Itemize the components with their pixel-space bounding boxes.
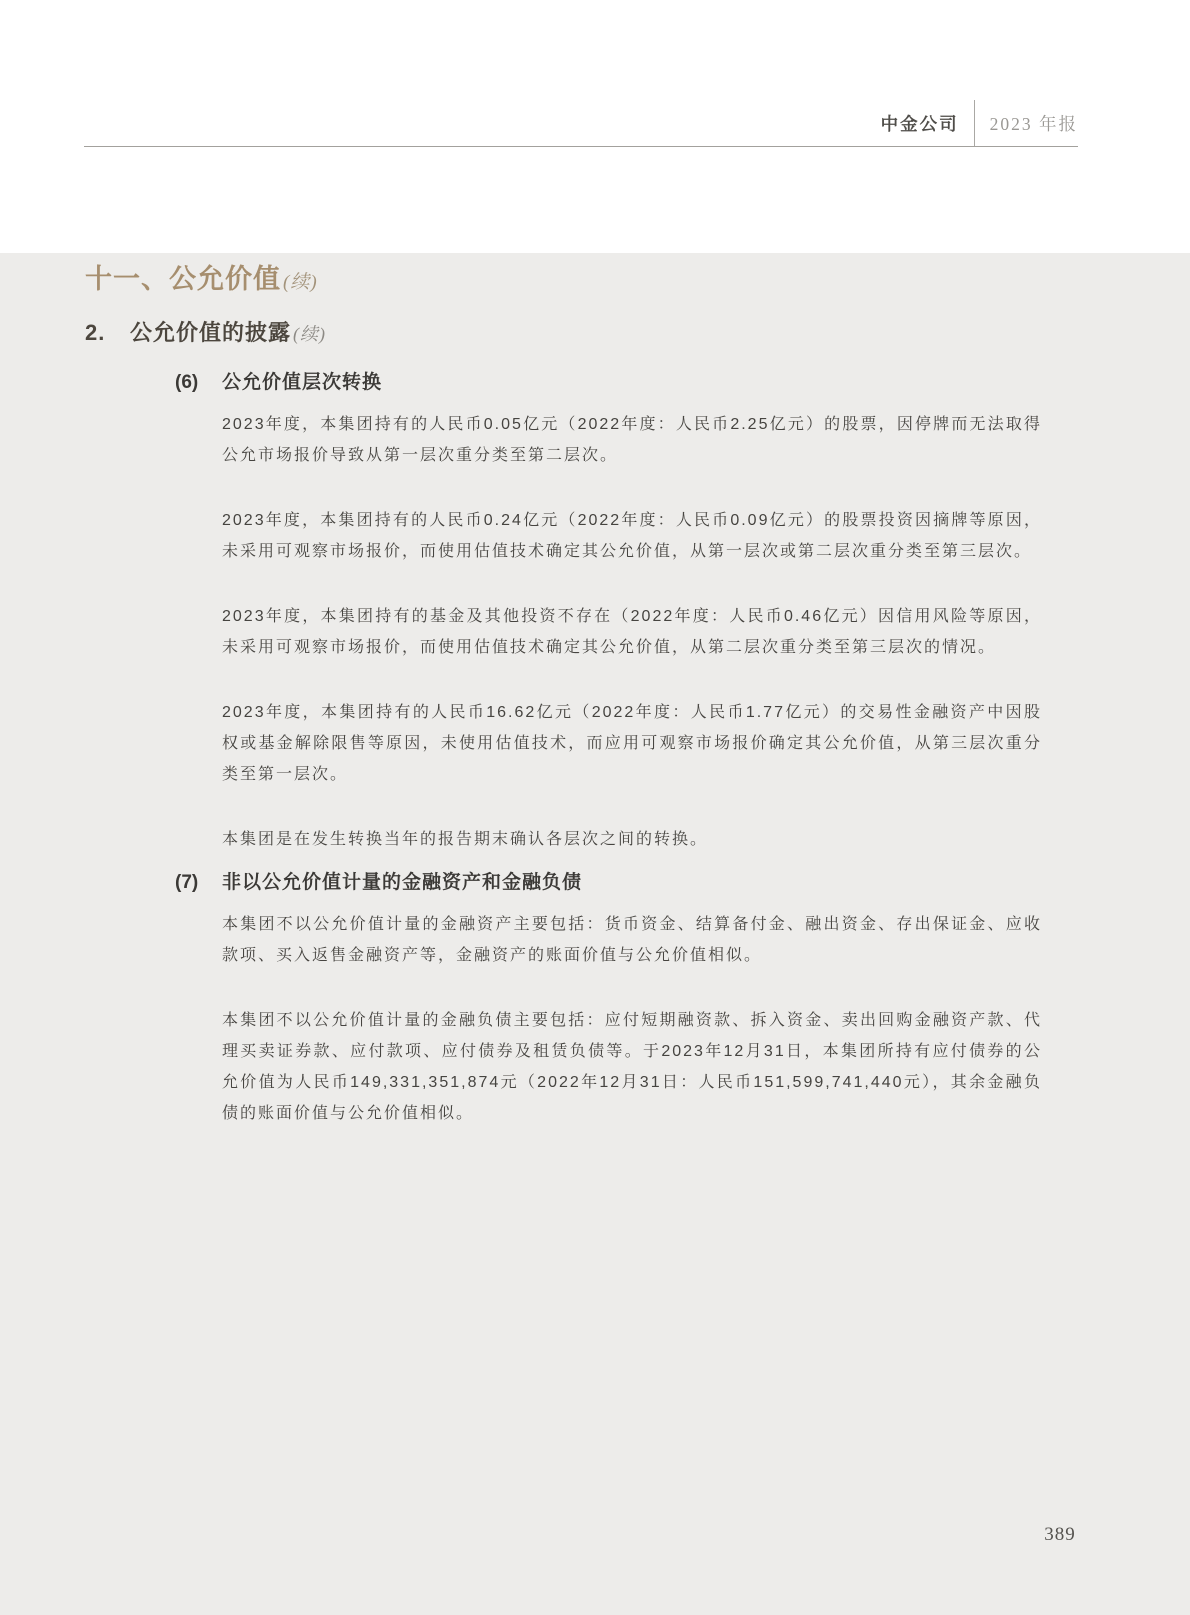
section-title: 十一、公允价值(续) xyxy=(85,262,1042,300)
section-title-continued-mark: (续) xyxy=(283,272,318,293)
item-6: (6) 公允价值层次转换 2023年度，本集团持有的人民币0.05亿元（2022… xyxy=(175,369,1042,855)
company-name: 中金公司 xyxy=(881,111,974,136)
subsection-continued-mark: (续) xyxy=(293,324,326,344)
item-6-number: (6) xyxy=(175,369,222,855)
main-content: 十一、公允价值(续) 2. 公允价值的披露(续) (6) 公允价值层次转换 20… xyxy=(85,262,1042,1129)
subsection-title: 公允价值的披露(续) xyxy=(130,318,326,349)
page-number: 389 xyxy=(1020,1524,1100,1546)
paragraph: 2023年度，本集团持有的人民币0.05亿元（2022年度：人民币2.25亿元）… xyxy=(222,409,1042,471)
item-7-number: (7) xyxy=(175,869,222,1129)
item-7: (7) 非以公允价值计量的金融资产和金融负债 本集团不以公允价值计量的金融资产主… xyxy=(175,869,1042,1129)
paragraph: 本集团不以公允价值计量的金融负债主要包括：应付短期融资款、拆入资金、卖出回购金融… xyxy=(222,1005,1042,1129)
subsection-title-text: 公允价值的披露 xyxy=(130,320,291,345)
page-header: 中金公司 2023 年报 xyxy=(84,100,1078,147)
paragraph: 2023年度，本集团持有的人民币16.62亿元（2022年度：人民币1.77亿元… xyxy=(222,697,1042,790)
paragraph: 2023年度，本集团持有的人民币0.24亿元（2022年度：人民币0.09亿元）… xyxy=(222,505,1042,567)
paragraph: 2023年度，本集团持有的基金及其他投资不存在（2022年度：人民币0.46亿元… xyxy=(222,601,1042,663)
item-7-heading: 非以公允价值计量的金融资产和金融负债 xyxy=(222,869,1042,897)
section-title-text: 十一、公允价值 xyxy=(85,264,281,294)
report-page: 中金公司 2023 年报 十一、公允价值(续) 2. 公允价值的披露(续) (6… xyxy=(0,0,1190,1615)
item-6-heading: 公允价值层次转换 xyxy=(222,369,1042,397)
paragraph: 本集团不以公允价值计量的金融资产主要包括：货币资金、结算备付金、融出资金、存出保… xyxy=(222,909,1042,971)
item-6-body: 公允价值层次转换 2023年度，本集团持有的人民币0.05亿元（2022年度：人… xyxy=(222,369,1042,855)
item-7-body: 非以公允价值计量的金融资产和金融负债 本集团不以公允价值计量的金融资产主要包括：… xyxy=(222,869,1042,1129)
paragraph: 本集团是在发生转换当年的报告期末确认各层次之间的转换。 xyxy=(222,824,1042,855)
subsection-number: 2. xyxy=(85,318,130,349)
subsection-heading: 2. 公允价值的披露(续) xyxy=(85,318,1042,349)
report-edition: 2023 年报 xyxy=(975,111,1078,136)
